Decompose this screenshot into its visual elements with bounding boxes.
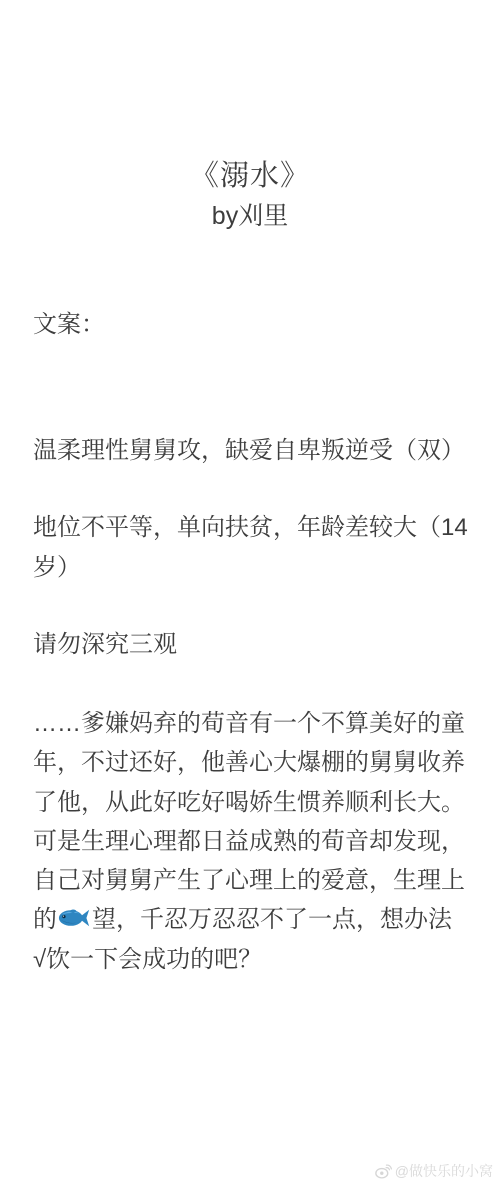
watermark-handle: @做快乐的小窝 xyxy=(395,1161,493,1181)
synopsis-line: 了他，从此好吃好喝娇生惯养顺利长大。 xyxy=(33,783,465,822)
watermark: @做快乐的小窝 xyxy=(375,1161,493,1181)
synopsis-line-text: 望，千忍万忍忍不了一点，想办法 xyxy=(92,906,452,933)
synopsis-line-text: 的 xyxy=(33,906,57,933)
synopsis-line: √饮一下会成功的吧？ xyxy=(33,940,465,979)
synopsis-line: ……爹嫌妈弃的荀音有一个不算美好的童 xyxy=(33,704,465,743)
novel-promo-page: 《溺水》 by刈里 文案： 温柔理性舅舅攻，缺爱自卑叛逆受（双） 地位不平等，单… xyxy=(0,0,500,1191)
tag-dynamic-line2: 岁） xyxy=(33,548,468,588)
tag-dynamic-line1: 地位不平等，单向扶贫，年龄差较大（14 xyxy=(33,508,468,548)
fish-emoji-icon xyxy=(58,903,91,927)
page-title: 《溺水》 xyxy=(0,158,500,194)
tag-disclaimer: 请勿深究三观 xyxy=(33,630,177,660)
tag-dynamic: 地位不平等，单向扶贫，年龄差较大（14 岁） xyxy=(33,508,468,588)
tag-pairing: 温柔理性舅舅攻，缺爱自卑叛逆受（双） xyxy=(33,435,465,467)
synopsis-line: 可是生理心理都日益成熟的荀音却发现， xyxy=(33,822,465,861)
synopsis-paragraph: ……爹嫌妈弃的荀音有一个不算美好的童 年，不过还好，他善心大爆棚的舅舅收养 了他… xyxy=(33,704,465,979)
synopsis-line-with-fish: 的 望，千忍万忍忍不了一点，想办法 xyxy=(33,900,465,939)
synopsis-line: 自己对舅舅产生了心理上的爱意，生理上 xyxy=(33,861,465,900)
weibo-icon xyxy=(375,1164,392,1179)
synopsis-line: 年，不过还好，他善心大爆棚的舅舅收养 xyxy=(33,743,465,782)
synopsis-section-label: 文案： xyxy=(33,310,105,340)
author-byline: by刈里 xyxy=(0,200,500,232)
